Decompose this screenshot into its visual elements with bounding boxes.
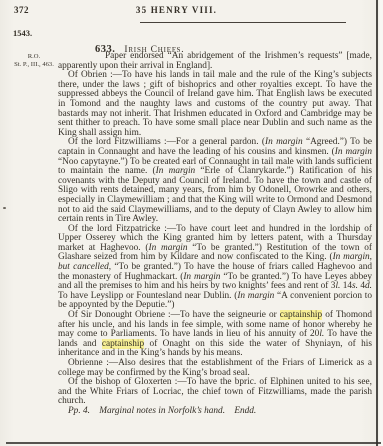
text-segment: Obrienne :—Also desires that the establi…	[58, 358, 372, 378]
margin-reference-archive: R.O.	[8, 53, 60, 61]
text-segment: Of the lord Fitzwilliams :—For a general…	[68, 137, 265, 147]
search-highlight: captainship	[102, 339, 144, 349]
paragraph: Paper endorsed “An abridgement of the Ir…	[58, 52, 372, 71]
text-segment: Paper endorsed “An abridgement of the Ir…	[58, 51, 372, 71]
italic-note: In margin	[156, 166, 196, 176]
italic-note: In margin	[237, 291, 274, 301]
paragraph: Of the lord Fitzpatricke :—To have court…	[58, 225, 372, 311]
italic-note: In margin	[335, 147, 372, 157]
margin-reference-citation: St. P., III., 463.	[8, 61, 60, 69]
running-title: 35 HENRY VIII.	[0, 5, 353, 15]
text-segment: Of Obrien :—To have his lands in tail ma…	[58, 70, 372, 138]
text-segment: “Erle of Clanrykarde.”) Ratification of …	[58, 166, 372, 224]
margin-reference: R.O. St. P., III., 463.	[8, 53, 60, 68]
scan-edge-bottom	[6, 442, 381, 444]
italic-note: In margin	[265, 137, 303, 147]
paragraph: Of the lord Fitzwilliams :—For a general…	[58, 138, 372, 224]
year-label: 1543.	[13, 28, 32, 38]
scan-speck	[3, 207, 6, 209]
scanned-page: 372 35 HENRY VIII. 1543. 633.Irish Chief…	[0, 0, 383, 446]
italic-note: d.	[365, 281, 372, 291]
text-segment: 4	[358, 281, 365, 291]
italic-note: Pp. 4. Marginal notes in Norfolk’s hand.…	[68, 406, 256, 416]
document-body: Paper endorsed “An abridgement of the Ir…	[58, 52, 372, 417]
text-segment: Of Sir Donought Obriene :—To have the se…	[68, 310, 280, 320]
header-rule	[140, 22, 346, 23]
running-head: 372 35 HENRY VIII.	[0, 5, 383, 17]
text-segment: 14	[340, 281, 352, 291]
paragraph: Of Obrien :—To have his lands in tail ma…	[58, 71, 372, 138]
search-highlight: captainship	[280, 310, 322, 320]
paragraph: Pp. 4. Marginal notes in Norfolk’s hand.…	[58, 407, 372, 417]
scan-edge-right	[376, 0, 378, 446]
paragraph: Obrienne :—Also desires that the establi…	[58, 359, 372, 378]
paragraph: Of the bishop of Gloxerten :—To have the…	[58, 378, 372, 407]
text-segment: Of the bishop of Gloxerten :—To have the…	[58, 377, 372, 406]
paragraph: Of Sir Donought Obriene :—To have the se…	[58, 311, 372, 359]
